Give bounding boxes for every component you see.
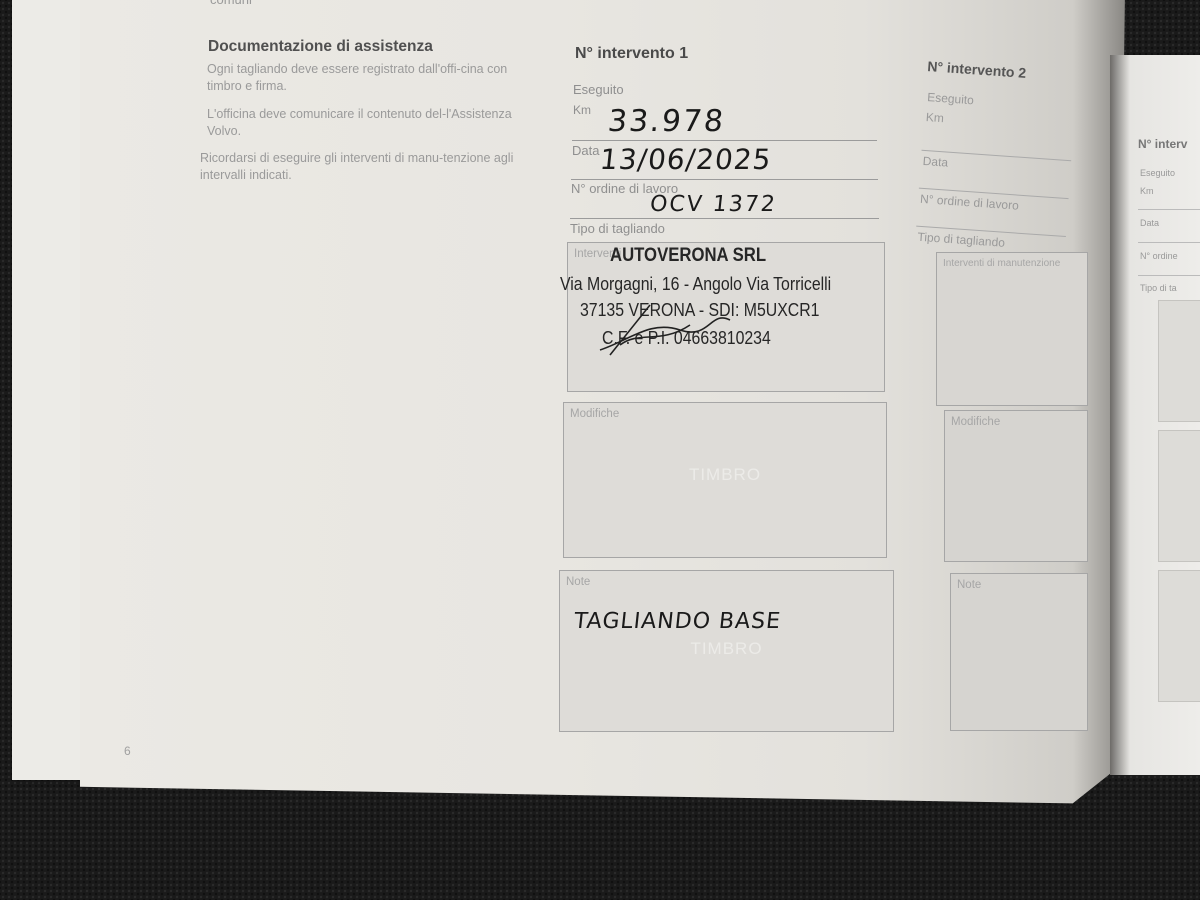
interventions-label-2: Interventi di manutenzione: [943, 258, 1060, 269]
intervention-3-title: N° interv: [1138, 137, 1187, 151]
km-label-3: Km: [1140, 186, 1154, 196]
order-value[interactable]: OCV 1372: [649, 192, 778, 217]
date-line-3: [1138, 242, 1200, 243]
date-label: Data: [572, 143, 599, 158]
modifications-box-3[interactable]: [1158, 430, 1200, 562]
stamp-company: AUTOVERONA SRL: [610, 245, 766, 267]
stamp-address: Via Morgagni, 16 - Angolo Via Torricelli: [560, 274, 831, 295]
stamp-placeholder-notes: TIMBRO: [560, 639, 893, 659]
signature-icon: [590, 300, 740, 360]
modifications-box[interactable]: Modifiche TIMBRO: [563, 402, 887, 558]
km-line-3: [1138, 209, 1200, 210]
date-label-2: Data: [922, 154, 948, 170]
modifications-label-2: Modifiche: [951, 416, 1000, 428]
order-label-3: N° ordine: [1140, 251, 1178, 261]
order-line-3: [1138, 275, 1200, 276]
notes-box[interactable]: Note TIMBRO TAGLIANDO BASE: [559, 570, 894, 732]
service-type-label: Tipo di tagliando: [570, 221, 665, 236]
km-label-2: Km: [925, 110, 944, 125]
notes-label: Note: [566, 576, 590, 588]
intervention-1-title: N° intervento 1: [575, 45, 688, 63]
notes-box-2[interactable]: Note: [950, 573, 1088, 731]
date-label-3: Data: [1140, 218, 1159, 228]
notes-label-2: Note: [957, 579, 981, 591]
order-line: [570, 218, 879, 219]
paragraph-reminder: Ricordarsi di eseguire gli interventi di…: [200, 150, 530, 184]
date-value[interactable]: 13/06/2025: [598, 143, 773, 176]
date-line: [571, 179, 878, 180]
notes-value: TAGLIANDO BASE: [573, 609, 783, 634]
km-label: Km: [573, 103, 591, 117]
paragraph-registration: Ogni tagliando deve essere registrato da…: [207, 61, 537, 95]
modifications-box-2[interactable]: Modifiche: [944, 410, 1088, 562]
cut-off-heading: comuni: [210, 0, 252, 7]
page-number: 6: [124, 744, 131, 758]
notes-box-3[interactable]: [1158, 570, 1200, 702]
paragraph-communication: L'officina deve comunicare il contenuto …: [207, 106, 537, 140]
km-line: [572, 140, 877, 141]
section-title: Documentazione di assistenza: [208, 38, 433, 56]
interventions-box-3[interactable]: [1158, 300, 1200, 422]
executed-label-3: Eseguito: [1140, 168, 1175, 178]
interventions-box-2[interactable]: Interventi di manutenzione: [936, 252, 1088, 406]
service-type-label-3: Tipo di ta: [1140, 283, 1177, 293]
km-value[interactable]: 33.978: [606, 104, 727, 139]
stamp-placeholder: TIMBRO: [564, 465, 886, 485]
modifications-label: Modifiche: [570, 408, 619, 420]
executed-label: Eseguito: [573, 82, 624, 97]
next-page: N° interv Eseguito Km Data N° ordine Tip…: [1110, 55, 1200, 775]
